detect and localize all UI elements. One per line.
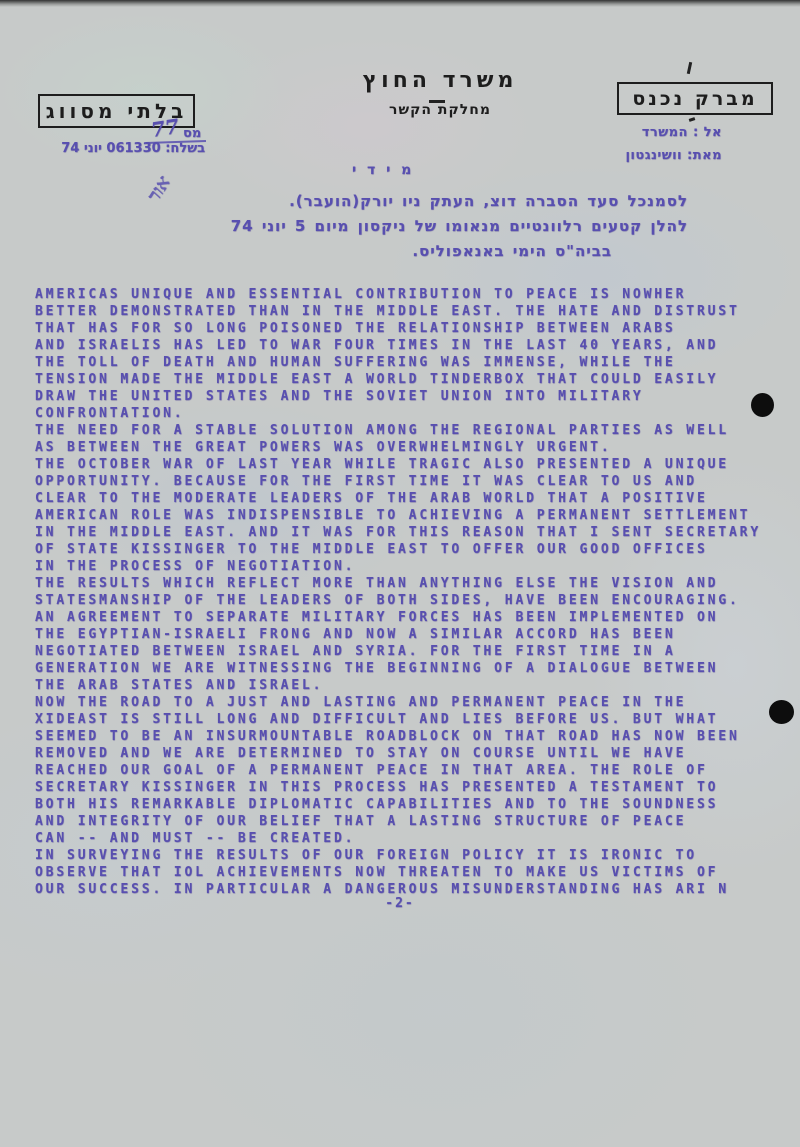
text-line: GENERATION WE ARE WITNESSING THE BEGINNI… (35, 660, 780, 677)
text-line: THE ARAB STATES AND ISRAEL. (35, 677, 780, 694)
routing-from-line: מאת: וושינגטון (625, 148, 722, 163)
text-line: בביה"ס הימי באנאפוליס. (231, 239, 612, 264)
text-line: OBSERVE THAT IOL ACHIEVEMENTS NOW THREAT… (35, 864, 780, 881)
text-line: REMOVED AND WE ARE DETERMINED TO STAY ON… (35, 745, 780, 762)
text-line: IN SURVEYING THE RESULTS OF OUR FOREIGN … (35, 847, 780, 864)
priority-marking: מ י ד י (352, 162, 414, 178)
text-line: IN THE PROCESS OF NEGOTIATION. (35, 558, 780, 575)
text-line: SEEMED TO BE AN INSURMOUNTABLE ROADBLOCK… (35, 728, 780, 745)
text-line: THE RESULTS WHICH REFLECT MORE THAN ANYT… (35, 575, 780, 592)
scanned-telegram-page: { "page": { "header": { "ministry_title"… (0, 0, 800, 1147)
hebrew-note-block: לסמנכל סעד הסברה דוצ, העתק ניו יורק(הועב… (231, 189, 688, 264)
text-line: AND ISRAELIS HAS LED TO WAR FOUR TIMES I… (35, 337, 780, 354)
text-line: OPPORTUNITY. BECAUSE FOR THE FIRST TIME … (35, 473, 780, 490)
text-line: DRAW THE UNITED STATES AND THE SOVIET UN… (35, 388, 780, 405)
text-line: CAN -- AND MUST -- BE CREATED. (35, 830, 780, 847)
serial-number-label: מס (183, 126, 201, 141)
text-line: BETTER DEMONSTRATED THAN IN THE MIDDLE E… (35, 303, 780, 320)
scan-top-edge-shadow (0, 0, 800, 7)
routing-to-line: אל : המשרד (642, 125, 722, 140)
text-line: IN THE MIDDLE EAST. AND IT WAS FOR THIS … (35, 524, 780, 541)
text-line: BOTH HIS REMARKABLE DIPLOMATIC CAPABILIT… (35, 796, 780, 813)
text-line: THE NEED FOR A STABLE SOLUTION AMONG THE… (35, 422, 780, 439)
text-line: CLEAR TO THE MODERATE LEADERS OF THE ARA… (35, 490, 780, 507)
text-line: CONFRONTATION. (35, 405, 780, 422)
text-line: AMERICAS UNIQUE AND ESSENTIAL CONTRIBUTI… (35, 286, 780, 303)
text-line: להלן קטעים רלוונטיים מנאומו של ניקסון מי… (231, 214, 688, 239)
incoming-telegram-stamp: מברק נכנס (617, 82, 773, 115)
incoming-telegram-stamp-label: מברק נכנס (632, 88, 757, 110)
text-line: AND INTEGRITY OF OUR BELIEF THAT A LASTI… (35, 813, 780, 830)
text-line: STATESMANSHIP OF THE LEADERS OF BOTH SID… (35, 592, 780, 609)
text-line: THE EGYPTIAN-ISRAELI FRONG AND NOW A SIM… (35, 626, 780, 643)
text-line: NEGOTIATED BETWEEN ISRAEL AND SYRIA. FOR… (35, 643, 780, 660)
text-line: לסמנכל סעד הסברה דוצ, העתק ניו יורק(הועב… (231, 189, 688, 214)
pen-tick-mark (687, 62, 692, 74)
english-text-block: AMERICAS UNIQUE AND ESSENTIAL CONTRIBUTI… (35, 286, 780, 898)
text-line: AN AGREEMENT TO SEPARATE MILITARY FORCES… (35, 609, 780, 626)
text-line: REACHED OUR GOAL OF A PERMANENT PEACE IN… (35, 762, 780, 779)
handwritten-initials: אור (142, 172, 175, 207)
text-line: AMERICAN ROLE WAS INDISPENSIBLE TO ACHIE… (35, 507, 780, 524)
sent-timestamp-line: בשלח: 061330 יוני 74 (30, 141, 205, 156)
text-line: OF STATE KISSINGER TO THE MIDDLE EAST TO… (35, 541, 780, 558)
text-line: NOW THE ROAD TO A JUST AND LASTING AND P… (35, 694, 780, 711)
serial-number-handwritten: 77 (149, 114, 180, 142)
text-line: THAT HAS FOR SO LONG POISONED THE RELATI… (35, 320, 780, 337)
text-line: SECRETARY KISSINGER IN THIS PROCESS HAS … (35, 779, 780, 796)
text-line: XIDEAST IS STILL LONG AND DIFFICULT AND … (35, 711, 780, 728)
ministry-letterhead-title: משרד החוץ (340, 68, 540, 93)
text-line: THE OCTOBER WAR OF LAST YEAR WHILE TRAGI… (35, 456, 780, 473)
text-line: AS BETWEEN THE GREAT POWERS WAS OVERWHEL… (35, 439, 780, 456)
department-subtitle: מחלקת הקשר (340, 102, 540, 118)
text-line: TENSION MADE THE MIDDLE EAST A WORLD TIN… (35, 371, 780, 388)
text-line: THE TOLL OF DEATH AND HUMAN SUFFERING WA… (35, 354, 780, 371)
page-number: -2- (0, 896, 800, 911)
pen-tick-mark (689, 117, 696, 122)
